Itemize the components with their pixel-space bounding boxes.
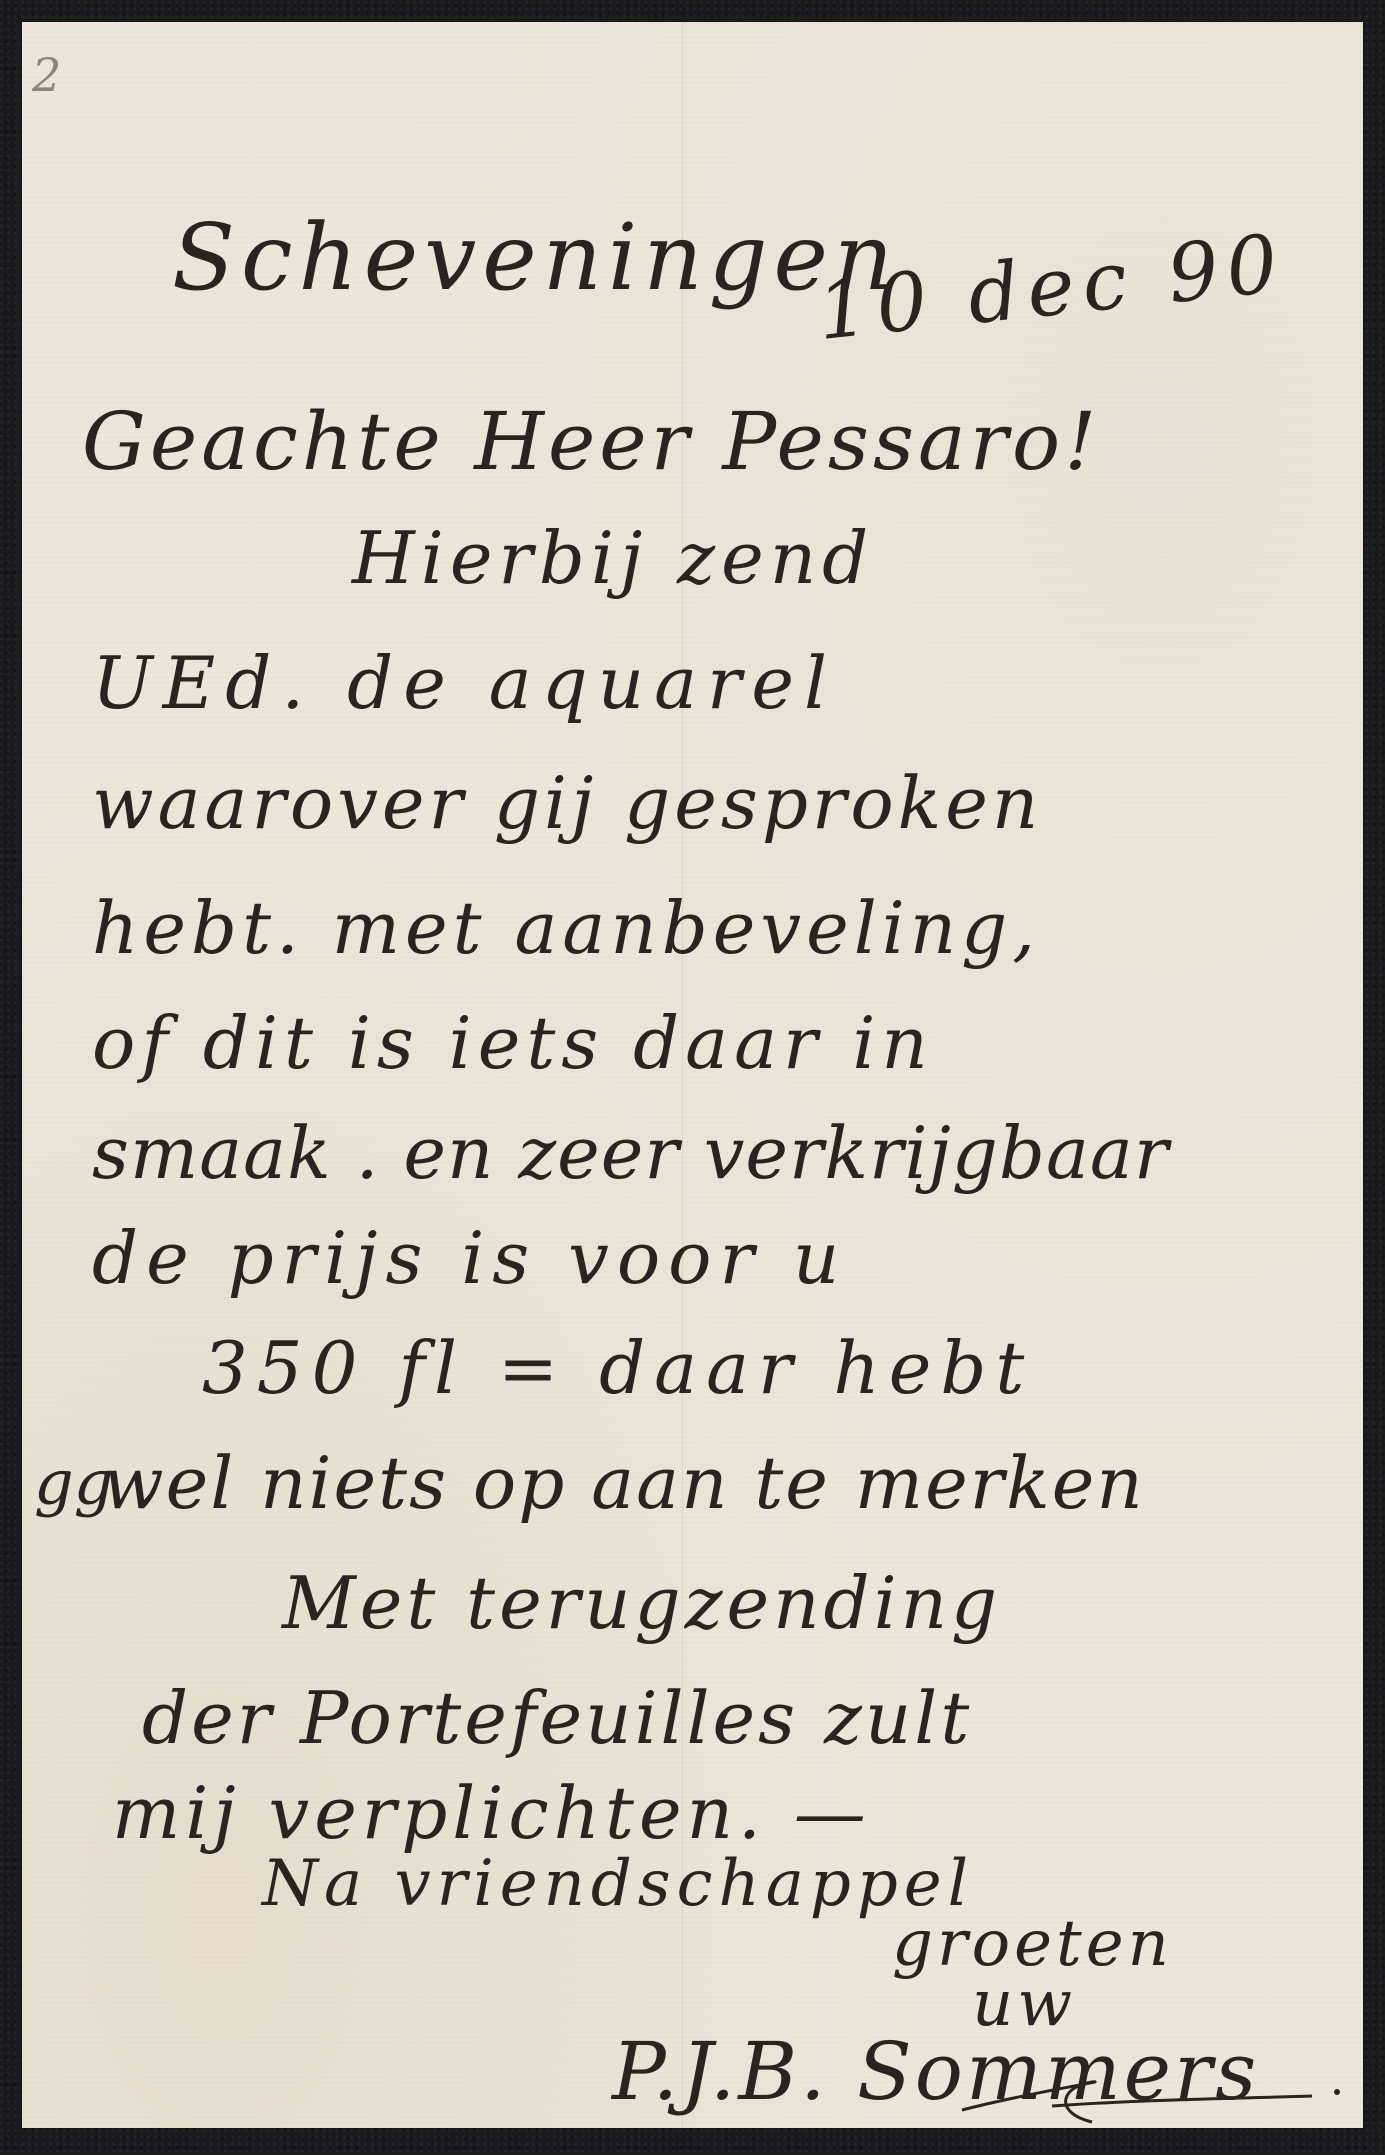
body-line: der Portefeuilles zult [142,1682,972,1754]
body-line: de prijs is voor u [92,1222,847,1294]
letter-salutation: Geachte Heer Pessaro! [82,402,1100,482]
body-line: smaak . en zeer verkrijgbaar [92,1117,1169,1189]
body-line: Hierbij zend [352,522,874,594]
body-line: waarover gij gesproken [92,767,1042,839]
body-line: wel niets op aan te merken [102,1447,1145,1519]
page-number: 2 [32,52,61,98]
body-line: UEd. de aquarel [92,647,837,719]
signature-flourish-icon [952,2062,1352,2132]
body-line: hebt. met aanbeveling, [92,892,1040,964]
letter-place: Scheveningen [172,212,899,304]
body-line: mij verplichten. — [112,1777,871,1849]
closing-line: Na vriendschappel [262,1852,974,1916]
body-line: of dit is iets daar in [92,1007,934,1079]
letter-sheet: 2 Scheveningen 10 dec 90 Geachte Heer Pe… [22,22,1363,2128]
body-line: Met terugzending [282,1567,1001,1639]
body-line: 350 fl = daar hebt [202,1332,1033,1404]
